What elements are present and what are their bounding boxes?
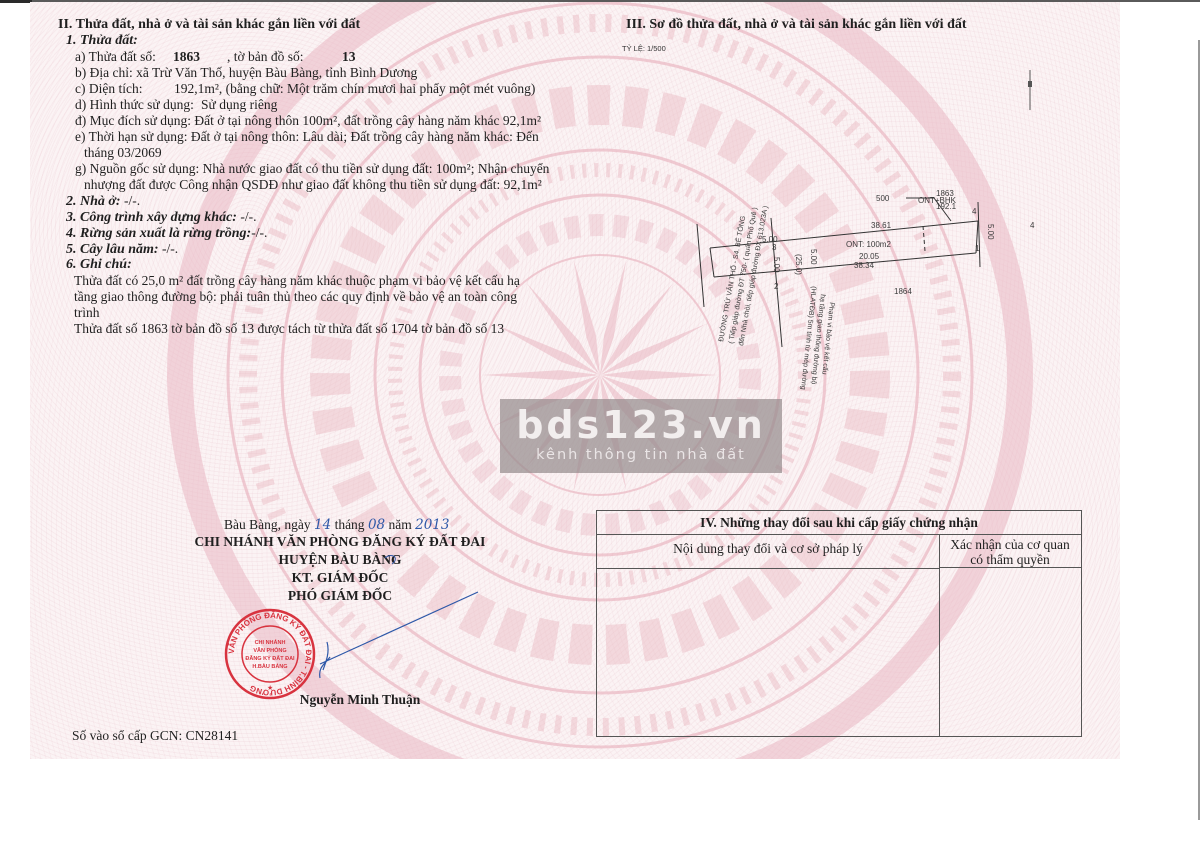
column-header-confirmation: Xác nhận của cơ quan có thẩm quyền — [939, 535, 1081, 568]
change-content-cell — [597, 569, 939, 736]
section-4-title: IV. Những thay đổi sau khi cấp giấy chứn… — [597, 511, 1081, 535]
column-header-confirmation-line1: Xác nhận của cơ quan — [939, 537, 1081, 552]
column-header-change-content: Nội dung thay đổi và cơ sở pháp lý — [597, 535, 939, 569]
column-header-confirmation-line2: có thẩm quyền — [939, 552, 1081, 567]
registry-value: CN28141 — [186, 728, 239, 743]
scan-edge-top-left — [0, 0, 32, 3]
registry-label: Số vào sổ cấp GCN: — [72, 728, 182, 743]
registry-number: Số vào sổ cấp GCN: CN28141 — [72, 728, 238, 744]
changes-table: IV. Những thay đổi sau khi cấp giấy chứn… — [596, 510, 1082, 737]
signer-name: Nguyễn Minh Thuận — [210, 692, 510, 708]
confirmation-cell — [940, 569, 1081, 736]
certificate-page: II. Thửa đất, nhà ở và tài sản khác gắn … — [30, 2, 1120, 759]
